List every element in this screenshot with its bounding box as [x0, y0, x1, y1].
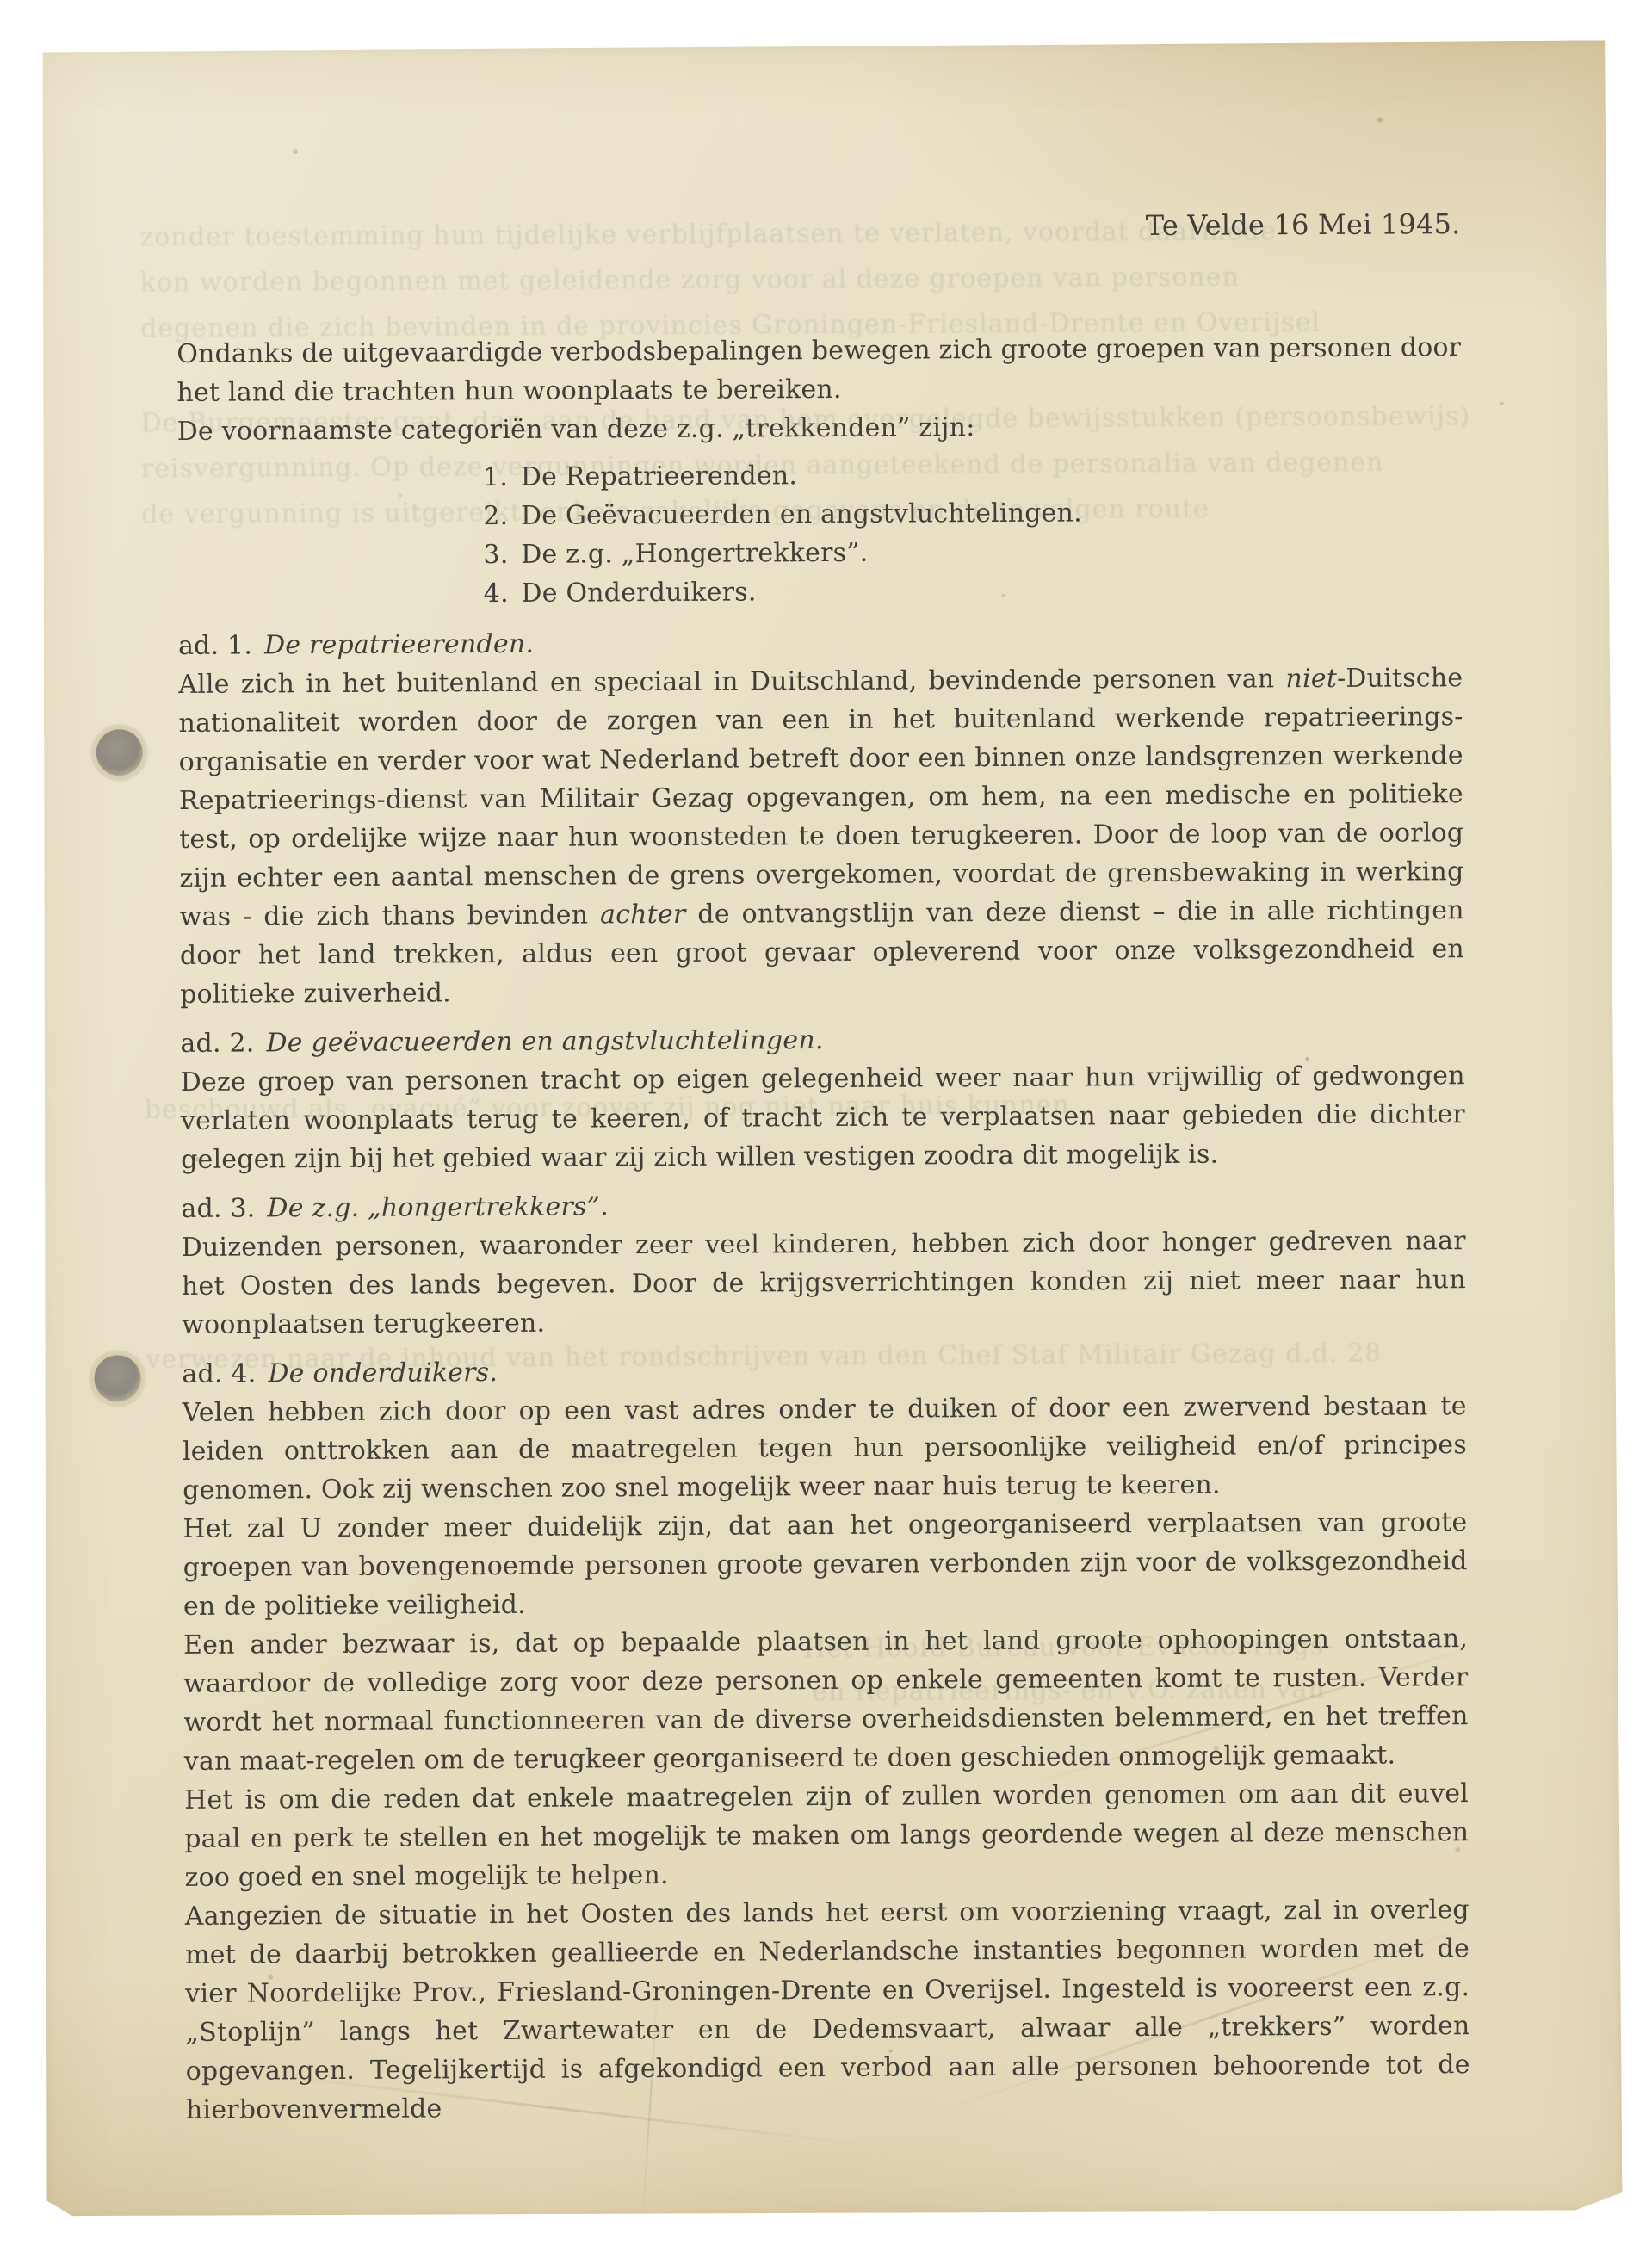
document-scan-paper: zonder toestemming hun tijdelijke verbli…: [35, 40, 1622, 2218]
list-item-text: De Geëvacueerden en angstvluchtelingen.: [521, 498, 1082, 530]
list-item-number: 2.: [483, 497, 512, 535]
section-body-ad3: Duizenden personen, waaronder zeer veel …: [182, 1221, 1467, 1345]
section-heading-ad3: ad. 3.De z.g. „hongertrekkers”.: [181, 1183, 1465, 1228]
closing-paragraph-1: Het zal U zonder meer duidelijk zijn, da…: [183, 1503, 1468, 1626]
punch-hole-bottom: [94, 1355, 140, 1401]
section-label: ad. 2.: [180, 1028, 254, 1058]
list-item-number: 4.: [484, 574, 513, 613]
list-item-text: De Onderduikers.: [521, 577, 756, 608]
list-item: 2. De Geëvacueerden en angstvluchtelinge…: [483, 492, 1462, 535]
emphasis-niet: niet: [1285, 664, 1337, 694]
intro-paragraph-2: De voornaamste categoriën van deze z.g. …: [177, 405, 1462, 451]
section-label: ad. 1.: [178, 631, 252, 661]
list-item-text: De Repatrieerenden.: [521, 461, 797, 492]
list-item-text: De z.g. „Hongertrekkers”.: [521, 538, 868, 570]
section-label: ad. 4.: [182, 1358, 256, 1388]
section-title: De geëvacueerden en angstvluchtelingen.: [266, 1025, 823, 1058]
list-item-number: 3.: [483, 535, 512, 574]
section-heading-ad1: ad. 1.De repatrieerenden.: [178, 620, 1463, 665]
section-body-ad4: Velen hebben zich door op een vast adres…: [183, 1387, 1468, 1510]
document-content: Te Velde 16 Mei 1945. Ondanks de uitgeva…: [176, 205, 1470, 2130]
list-item: 1. De Repatrieerenden.: [483, 453, 1462, 497]
closing-paragraph-2: Een ander bezwaar is, dat op bepaalde pl…: [183, 1619, 1469, 1781]
body-text: Alle zich in het buitenland en speciaal …: [178, 664, 1285, 700]
paper-specks: [35, 49, 37, 51]
section-body-ad2: Deze groep van personen tracht op eigen …: [181, 1056, 1466, 1179]
punch-hole-top: [96, 729, 143, 776]
section-title: De onderduikers.: [268, 1357, 498, 1388]
section-body-ad1: Alle zich in het buitenland en speciaal …: [178, 659, 1464, 1014]
list-item: 4. De Onderduikers.: [484, 569, 1463, 613]
section-title: De z.g. „hongertrekkers”.: [267, 1191, 609, 1223]
section-label: ad. 3.: [181, 1193, 255, 1223]
list-item: 3. De z.g. „Hongertrekkers”.: [483, 530, 1462, 574]
date-line: Te Velde 16 Mei 1945.: [176, 205, 1460, 250]
section-heading-ad4: ad. 4.De onderduikers.: [182, 1348, 1466, 1394]
section-title: De repatrieerenden.: [264, 629, 534, 661]
intro-paragraph-1: Ondanks de uitgevaardigde verbodsbepalin…: [176, 328, 1461, 412]
closing-paragraph-4: Aangezien de situatie in het Oosten des …: [185, 1890, 1470, 2130]
closing-paragraph-3: Het is om die reden dat enkele maatregel…: [184, 1774, 1469, 1897]
emphasis-achter: achter: [600, 900, 686, 931]
section-heading-ad2: ad. 2.De geëvacueerden en angstvluchteli…: [180, 1017, 1464, 1063]
category-list: 1. De Repatrieerenden. 2. De Geëvacueerd…: [483, 453, 1463, 613]
list-item-number: 1.: [483, 458, 512, 497]
body-text: -Duitsche nationaliteit worden door de z…: [178, 663, 1463, 932]
